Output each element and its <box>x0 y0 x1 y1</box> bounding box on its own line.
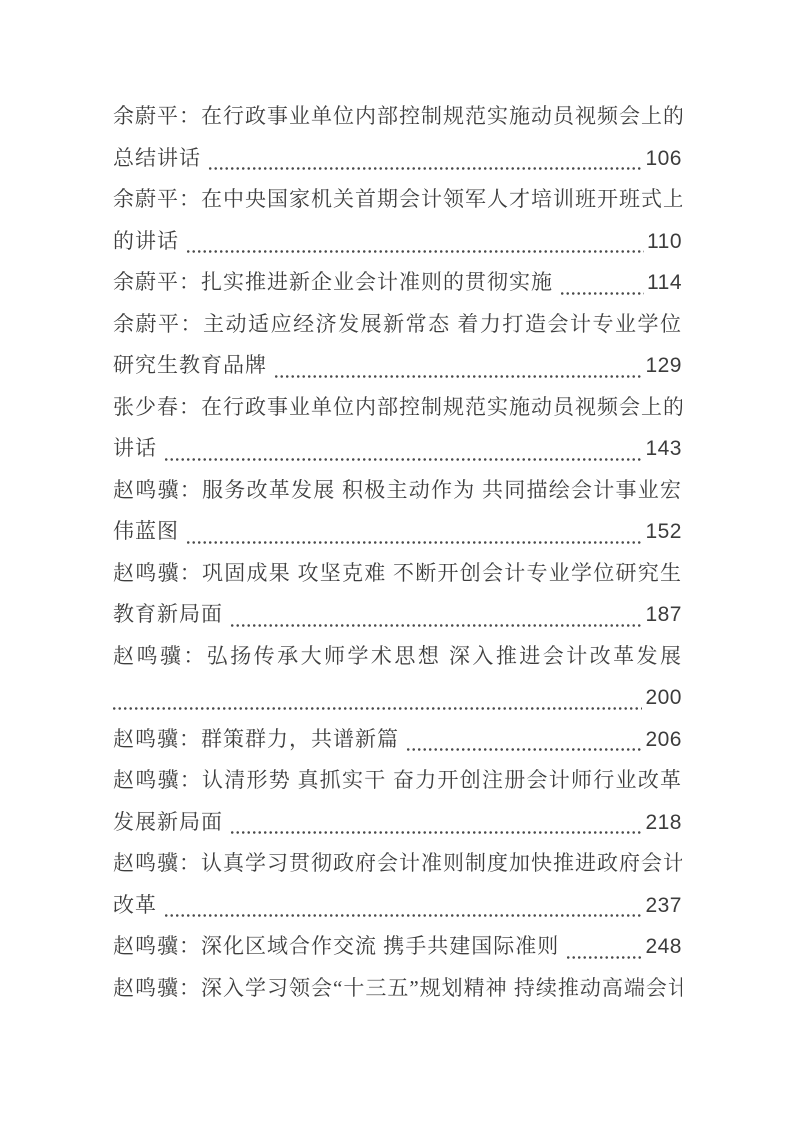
dot-leader <box>407 748 642 751</box>
toc-entry-text-line: 余蔚平：在中央国家机关首期会计领军人才培训班开班式上 <box>113 179 682 221</box>
dot-leader <box>231 624 642 627</box>
toc-entry-title-text: 教育新局面 <box>113 594 223 636</box>
toc-entry[interactable]: 赵鸣骥：认清形势 真抓实干 奋力开创注册会计师行业改革发展新局面218 <box>113 760 682 843</box>
toc-entry-leader-line: 赵鸣骥：深化区域合作交流 携手共建国际准则248 <box>113 926 682 968</box>
toc-entry-title-text: 发展新局面 <box>113 802 223 844</box>
toc-page-number: 110 <box>647 221 682 263</box>
toc-entry-leader-line: 讲话143 <box>113 428 682 470</box>
toc-entry-text-line: 赵鸣骥：服务改革发展 积极主动作为 共同描绘会计事业宏 <box>113 470 682 512</box>
toc-page-number: 187 <box>645 594 682 636</box>
toc-entry-title-text: 赵鸣骥：群策群力，共谱新篇 <box>113 719 399 761</box>
toc-page-number: 129 <box>645 345 682 387</box>
toc-entry-text-line: 赵鸣骥：认真学习贯彻政府会计准则制度加快推进政府会计 <box>113 843 682 885</box>
toc-page-number: 206 <box>645 719 682 761</box>
dot-leader <box>567 956 642 959</box>
toc-page-number: 143 <box>645 428 682 470</box>
toc-entry-title-text: 总结讲话 <box>113 138 201 180</box>
toc-entry[interactable]: 张少春：在行政事业单位内部控制规范实施动员视频会上的讲话143 <box>113 387 682 470</box>
toc-entry-title-text: 讲话 <box>113 428 157 470</box>
toc-page-number: 106 <box>645 138 682 180</box>
document-page: 余蔚平：在行政事业单位内部控制规范实施动员视频会上的总结讲话106余蔚平：在中央… <box>0 0 793 1122</box>
toc-entry-text-line: 赵鸣骥：深入学习领会“十三五”规划精神 持续推动高端会计 <box>113 968 682 1010</box>
toc-entry[interactable]: 赵鸣骥：服务改革发展 积极主动作为 共同描绘会计事业宏伟蓝图152 <box>113 470 682 553</box>
toc-entry[interactable]: 余蔚平：主动适应经济发展新常态 着力打造会计专业学位研究生教育品牌129 <box>113 304 682 387</box>
toc-entry-leader-line: 教育新局面187 <box>113 594 682 636</box>
toc-entry-leader-line: 研究生教育品牌129 <box>113 345 682 387</box>
toc-entry[interactable]: 赵鸣骥：群策群力，共谱新篇206 <box>113 719 682 761</box>
toc-page-number: 218 <box>645 802 682 844</box>
toc-entry-text-line: 张少春：在行政事业单位内部控制规范实施动员视频会上的 <box>113 387 682 429</box>
dot-leader <box>231 831 642 834</box>
toc-entry[interactable]: 赵鸣骥：弘扬传承大师学术思想 深入推进会计改革发展200 <box>113 636 682 719</box>
toc-entry-leader-line: 余蔚平：扎实推进新企业会计准则的贯彻实施114 <box>113 262 682 304</box>
toc-page-number: 237 <box>645 885 682 927</box>
toc-entry-leader-line: 的讲话110 <box>113 221 682 263</box>
toc-entry[interactable]: 赵鸣骥：巩固成果 攻坚克难 不断开创会计专业学位研究生教育新局面187 <box>113 553 682 636</box>
dot-leader <box>561 292 644 295</box>
toc-entry-leader-line: 改革237 <box>113 885 682 927</box>
toc-entry-leader-line: 发展新局面218 <box>113 802 682 844</box>
toc-entry[interactable]: 赵鸣骥：深入学习领会“十三五”规划精神 持续推动高端会计 <box>113 968 682 1010</box>
toc-entry-text-line: 余蔚平：主动适应经济发展新常态 着力打造会计专业学位 <box>113 304 682 346</box>
toc-page-number: 114 <box>647 262 682 304</box>
toc-entry-text-line: 余蔚平：在行政事业单位内部控制规范实施动员视频会上的 <box>113 96 682 138</box>
dot-leader <box>209 167 642 170</box>
dot-leader <box>165 914 642 917</box>
toc-entry-title-text: 赵鸣骥：深化区域合作交流 携手共建国际准则 <box>113 926 559 968</box>
dot-leader <box>187 250 644 253</box>
toc-entry-leader-line: 总结讲话106 <box>113 138 682 180</box>
toc-list: 余蔚平：在行政事业单位内部控制规范实施动员视频会上的总结讲话106余蔚平：在中央… <box>113 96 682 1009</box>
toc-page-number: 152 <box>645 511 682 553</box>
toc-entry-title-text: 伟蓝图 <box>113 511 179 553</box>
toc-entry[interactable]: 余蔚平：在中央国家机关首期会计领军人才培训班开班式上的讲话110 <box>113 179 682 262</box>
toc-entry-leader-line: 伟蓝图152 <box>113 511 682 553</box>
dot-leader <box>275 375 642 378</box>
toc-entry-text-line: 赵鸣骥：弘扬传承大师学术思想 深入推进会计改革发展 <box>113 636 682 678</box>
toc-entry[interactable]: 余蔚平：在行政事业单位内部控制规范实施动员视频会上的总结讲话106 <box>113 96 682 179</box>
toc-entry-text-line: 赵鸣骥：巩固成果 攻坚克难 不断开创会计专业学位研究生 <box>113 553 682 595</box>
toc-entry-title-text: 研究生教育品牌 <box>113 345 267 387</box>
toc-entry-title-text: 余蔚平：扎实推进新企业会计准则的贯彻实施 <box>113 262 553 304</box>
toc-entry-leader-line: 200 <box>113 677 682 719</box>
toc-page-number: 248 <box>645 926 682 968</box>
toc-entry[interactable]: 赵鸣骥：深化区域合作交流 携手共建国际准则248 <box>113 926 682 968</box>
toc-entry-title-text: 改革 <box>113 885 157 927</box>
toc-entry-title-text: 的讲话 <box>113 221 179 263</box>
toc-entry[interactable]: 余蔚平：扎实推进新企业会计准则的贯彻实施114 <box>113 262 682 304</box>
toc-entry-leader-line: 赵鸣骥：群策群力，共谱新篇206 <box>113 719 682 761</box>
toc-page-number: 200 <box>645 677 682 719</box>
dot-leader <box>187 541 642 544</box>
toc-entry-text-line: 赵鸣骥：认清形势 真抓实干 奋力开创注册会计师行业改革 <box>113 760 682 802</box>
toc-entry[interactable]: 赵鸣骥：认真学习贯彻政府会计准则制度加快推进政府会计改革237 <box>113 843 682 926</box>
dot-leader <box>113 707 642 710</box>
dot-leader <box>165 458 642 461</box>
